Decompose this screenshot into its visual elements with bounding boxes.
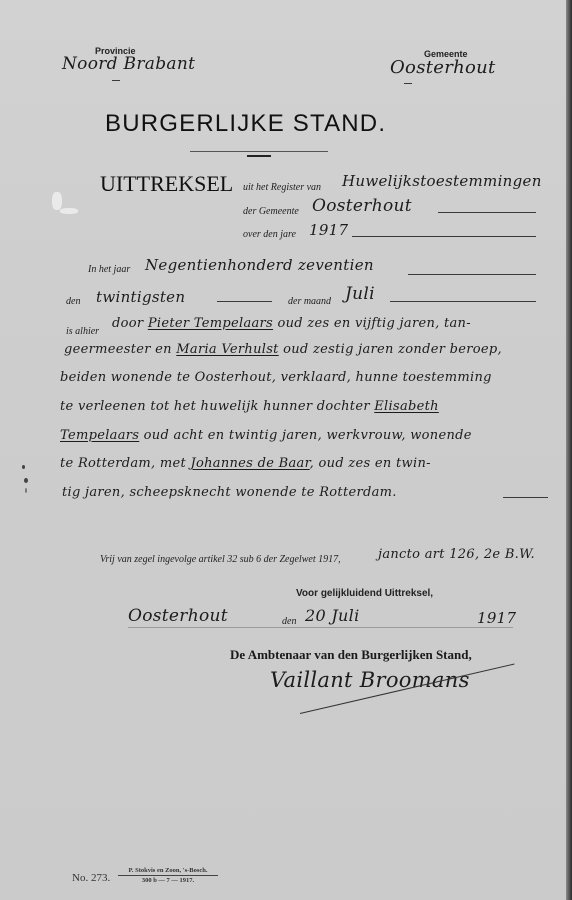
body-line-5: Tempelaars oud acht en twintig jaren, we… [60, 428, 472, 443]
register-value: Huwelijkstoestemmingen [342, 172, 542, 190]
title-rule [190, 151, 328, 152]
body-line-6: te Rotterdam, met Johannes de Baar, oud … [60, 456, 431, 471]
certification-label: Voor gelijkluidend Uittreksel, [296, 588, 433, 599]
extract-municipality-line [438, 212, 536, 213]
day-line [217, 301, 272, 302]
document-page: Provincie Noord Brabant Gemeente Oosterh… [0, 0, 566, 900]
body-year-line [408, 274, 536, 275]
stamp-note-handwritten: jancto art 126, 2e B.W. [378, 547, 535, 562]
bride-surname: Tempelaars [60, 428, 139, 443]
month-line [390, 301, 536, 302]
title-rule-short [247, 155, 271, 157]
body-line-7: tig jaren, scheepsknecht wonende te Rott… [62, 485, 397, 500]
province-value: Noord Brabant [62, 54, 195, 74]
paper-stain [60, 208, 78, 214]
body-end-line [503, 497, 548, 498]
mother-name: Maria Verhulst [176, 342, 278, 357]
extract-heading: UITTREKSEL [100, 171, 233, 197]
father-name: Pieter Tempelaars [148, 316, 273, 331]
publisher-block: P. Stokvis en Zoon, 's-Bosch. 300 b — 7 … [118, 867, 218, 884]
year-line [352, 236, 536, 237]
bride-first-name: Elisabeth [374, 399, 439, 414]
stamp-note-printed: Vrij van zegel ingevolge artikel 32 sub … [100, 554, 341, 565]
body-line-3: beiden wonende te Oosterhout, verklaard,… [60, 370, 492, 385]
body-year-label: In het jaar [88, 264, 130, 275]
page-edge [566, 0, 572, 900]
year-value: 1917 [309, 221, 348, 239]
month-value: Juli [345, 284, 375, 304]
body-line-2: geermeester en Maria Verhulst oud zestig… [64, 342, 502, 357]
intro-label: is alhier [66, 326, 99, 337]
year-label: over den jare [243, 229, 296, 240]
extract-municipality-label: der Gemeente [243, 206, 299, 217]
print-run: 300 b — 7 — 1917. [118, 877, 218, 884]
body-line-1: door Pieter Tempelaars oud zes en vijfti… [112, 316, 471, 331]
month-label: der maand [288, 296, 331, 307]
ink-smudge [24, 478, 28, 483]
ink-smudge [22, 465, 25, 469]
day-value: twintigsten [96, 288, 185, 306]
groom-name: Johannes de Baar [190, 456, 309, 471]
certification-year: 1917 [477, 609, 516, 627]
publisher: P. Stokvis en Zoon, 's-Bosch. [118, 867, 218, 874]
paper-stain [52, 192, 62, 210]
municipality-tick [404, 83, 412, 84]
form-number: No. 273. [72, 872, 110, 884]
province-tick [112, 80, 120, 81]
municipality-value: Oosterhout [390, 57, 496, 78]
day-label: den [66, 296, 80, 307]
document-title: BURGERLIJKE STAND. [105, 110, 386, 138]
body-line-4: te verleenen tot het huwelijk hunner doc… [60, 399, 439, 414]
publisher-rule [118, 875, 218, 876]
certification-date-line [128, 627, 513, 628]
extract-municipality-value: Oosterhout [312, 196, 412, 216]
certification-place: Oosterhout [128, 606, 228, 626]
body-year-value: Negentienhonderd zeventien [145, 256, 374, 274]
certification-den-label: den [282, 616, 296, 627]
official-title: De Ambtenaar van den Burgerlijken Stand, [230, 647, 472, 663]
certification-date: 20 Juli [305, 606, 360, 625]
ink-smudge [25, 488, 27, 493]
register-label: uit het Register van [243, 182, 321, 193]
